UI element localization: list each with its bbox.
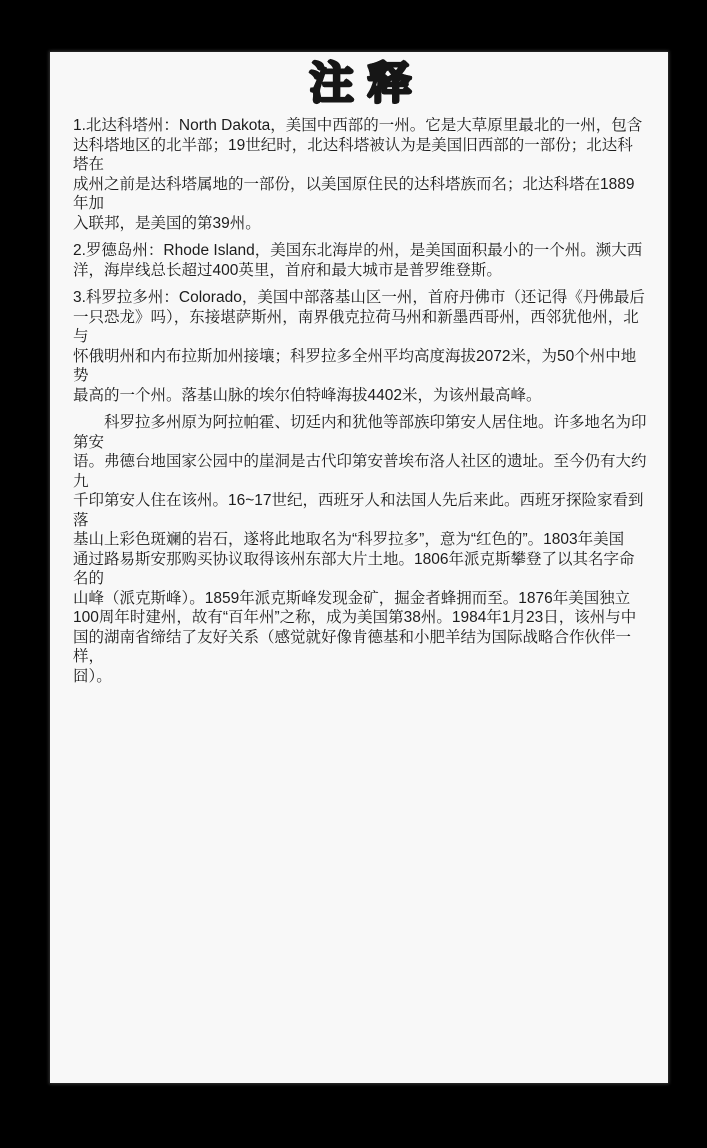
note-north-dakota: 1.北达科塔州：North Dakota，美国中西部的一州。它是大草原里最北的一… [73, 116, 648, 233]
note-colorado: 3.科罗拉多州：Colorado，美国中部落基山区一州，首府丹佛市（还记得《丹佛… [73, 288, 648, 405]
notes-page: 注释 1.北达科塔州：North Dakota，美国中西部的一州。它是大草原里最… [50, 52, 668, 1083]
notes-page-content: 注释 1.北达科塔州：North Dakota，美国中西部的一州。它是大草原里最… [50, 52, 668, 686]
note-rhode-island: 2.罗德岛州：Rhode Island，美国东北海岸的州，是美国面积最小的一个州… [73, 241, 648, 280]
colorado-history-paragraph: 科罗拉多州原为阿拉帕霍、切廷内和犹他等部族印第安人居住地。许多地名为印第安 语。… [73, 413, 648, 686]
page-title: 注释 [73, 60, 648, 108]
